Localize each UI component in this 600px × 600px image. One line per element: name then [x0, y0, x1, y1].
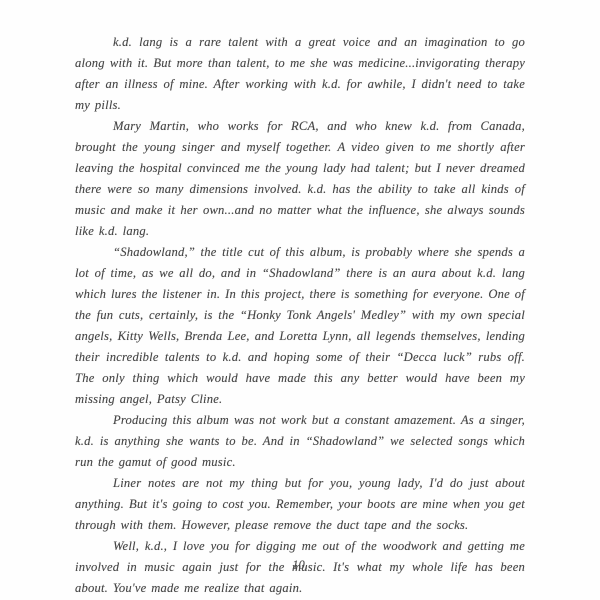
page-number: 10. [0, 558, 600, 573]
liner-notes-page: k.d. lang is a rare talent with a great … [0, 0, 600, 600]
paragraph-liner-notes: Liner notes are not my thing but for you… [75, 473, 525, 536]
paragraph-shadowland: “Shadowland,” the title cut of this albu… [75, 242, 525, 410]
liner-notes-text-block: k.d. lang is a rare talent with a great … [75, 32, 525, 599]
paragraph-producing: Producing this album was not work but a … [75, 410, 525, 473]
paragraph-intro: k.d. lang is a rare talent with a great … [75, 32, 525, 116]
paragraph-mary-martin: Mary Martin, who works for RCA, and who … [75, 116, 525, 242]
